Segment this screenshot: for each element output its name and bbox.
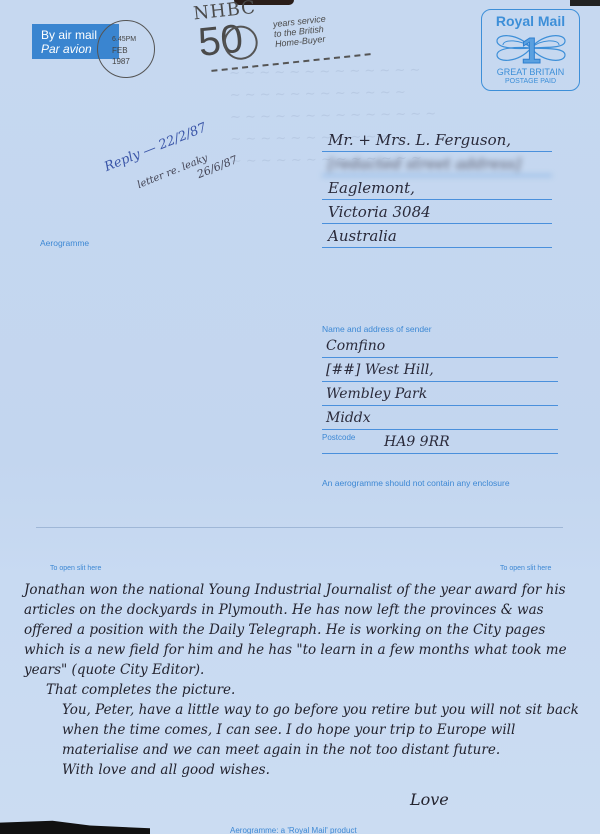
sender-postcode-line: Postcode HA9 9RR bbox=[322, 430, 558, 454]
slit-here-right: To open slit here bbox=[500, 565, 551, 572]
postcode-label: Postcode bbox=[322, 426, 355, 450]
stamp-postage-paid: POSTAGE PAID bbox=[482, 77, 579, 86]
sender-line: Middx bbox=[322, 406, 558, 430]
letter-paragraph: Jonathan won the national Young Industri… bbox=[24, 580, 584, 680]
recipient-line: Australia bbox=[322, 224, 552, 248]
postage-paid-indicia: Royal Mail 1 GREAT BRITAIN POSTAGE PAID bbox=[481, 9, 580, 91]
ribbon-one-icon: 1 bbox=[491, 29, 571, 67]
slogan-tagline: years service to the British Home-Buyer bbox=[272, 14, 328, 49]
slit-here-left: To open slit here bbox=[50, 565, 101, 572]
torn-edge bbox=[570, 0, 600, 6]
stamp-country: GREAT BRITAIN bbox=[482, 67, 579, 77]
postmark-year: 1987 bbox=[112, 57, 130, 66]
recipient-line: Victoria 3084 bbox=[322, 200, 552, 224]
postmark-date: FEB bbox=[112, 46, 128, 55]
letter-paragraph: That completes the picture. bbox=[24, 680, 584, 700]
footer-label: Aerogramme: a 'Royal Mail' product bbox=[230, 826, 357, 834]
aerogramme-sheet: ~ ~ ~ ~ ~ ~ ~ ~ ~ ~ ~ ~ ~ ~ ~ ~ ~ ~ ~ ~ … bbox=[0, 0, 600, 834]
recipient-line: Eaglemont, bbox=[322, 176, 552, 200]
stamp-brand: Royal Mail bbox=[482, 13, 579, 29]
sender-line: Comfino bbox=[322, 334, 558, 358]
recipient-line: Mr. + Mrs. L. Ferguson, bbox=[322, 128, 552, 152]
letter-signoff: Love bbox=[410, 790, 449, 809]
letter-paragraph: You, Peter, have a little way to go befo… bbox=[24, 700, 584, 760]
sender-postcode: HA9 9RR bbox=[384, 434, 450, 450]
sender-line: [##] West Hill, bbox=[322, 358, 558, 382]
postmark: 6.45PM FEB 1987 bbox=[97, 20, 155, 78]
sender-line: Wembley Park bbox=[322, 382, 558, 406]
letter-body: Jonathan won the national Young Industri… bbox=[24, 580, 584, 780]
letter-closing: With love and all good wishes. bbox=[24, 760, 584, 780]
fold-flap bbox=[36, 527, 563, 568]
postmark-time: 6.45PM bbox=[112, 36, 136, 43]
svg-text:1: 1 bbox=[520, 30, 540, 67]
aerogramme-label: Aerogramme bbox=[40, 238, 89, 248]
torn-edge bbox=[0, 815, 150, 834]
sender-heading: Name and address of sender bbox=[322, 324, 432, 334]
recipient-line-redacted: [redacted street address] bbox=[322, 152, 552, 176]
enclosure-notice: An aerogramme should not contain any enc… bbox=[322, 478, 510, 488]
